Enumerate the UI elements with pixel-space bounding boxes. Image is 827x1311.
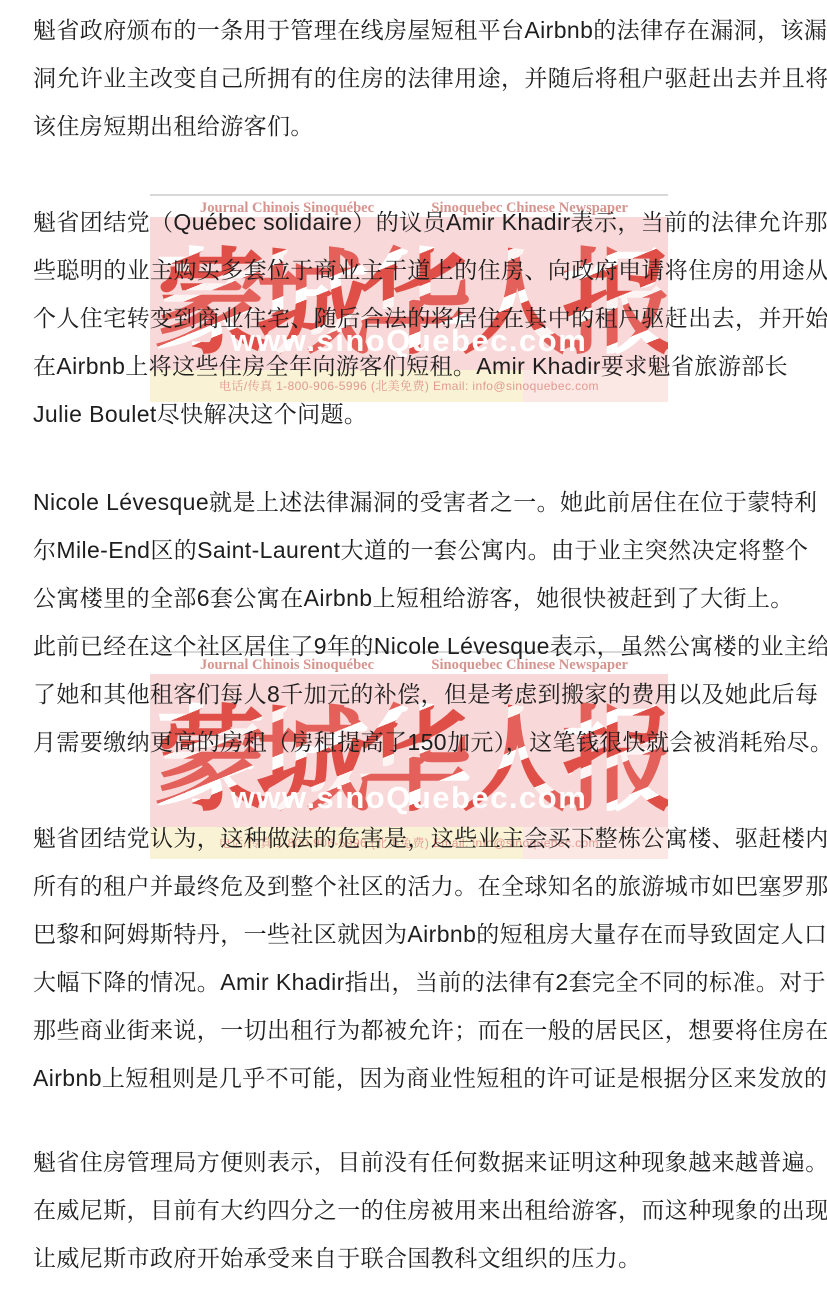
article-body: 魁省政府颁布的一条用于管理在线房屋短租平台Airbnb的法律存在漏洞，该漏洞允许… [0, 0, 827, 1282]
article-line: 大幅下降的情况。Amir Khadir指出，当前的法律有2套完全不同的标准。对于 [33, 958, 807, 1006]
paragraph: 魁省团结党认为，这种做法的危害是，这些业主会买下整栋公寓楼、驱赶楼内所有的租户并… [33, 814, 807, 1102]
article-line: 该住房短期出租给游客们。 [33, 102, 807, 150]
article-line: 个人住宅转变到商业住宅、随后合法的将居住在其中的租户驱赶出去，并开始 [33, 294, 807, 342]
article-line: 魁省团结党（Québec solidaire）的议员Amir Khadir表示，… [33, 198, 807, 246]
article-line: Julie Boulet尽快解决这个问题。 [33, 390, 807, 438]
article-line: 魁省团结党认为，这种做法的危害是，这些业主会买下整栋公寓楼、驱赶楼内 [33, 814, 807, 862]
paragraph: 魁省住房管理局方便则表示，目前没有任何数据来证明这种现象越来越普遍。在威尼斯，目… [33, 1138, 807, 1282]
article-line: 此前已经在这个社区居住了9年的Nicole Lévesque表示，虽然公寓楼的业… [33, 622, 807, 670]
paragraph: Nicole Lévesque就是上述法律漏洞的受害者之一。她此前居住在位于蒙特… [33, 478, 807, 766]
article-line: Airbnb上短租则是几乎不可能，因为商业性短租的许可证是根据分区来发放的。 [33, 1054, 807, 1102]
article-line: 尔Mile-End区的Saint-Laurent大道的一套公寓内。由于业主突然决… [33, 526, 807, 574]
article-line: 魁省政府颁布的一条用于管理在线房屋短租平台Airbnb的法律存在漏洞，该漏 [33, 6, 807, 54]
article-line: 在Airbnb上将这些住房全年向游客们短租。Amir Khadir要求魁省旅游部… [33, 342, 807, 390]
article-line: 所有的租户并最终危及到整个社区的活力。在全球知名的旅游城市如巴塞罗那、 [33, 862, 807, 910]
article-line: 魁省住房管理局方便则表示，目前没有任何数据来证明这种现象越来越普遍。 [33, 1138, 807, 1186]
article-line: 在威尼斯，目前有大约四分之一的住房被用来出租给游客，而这种现象的出现 [33, 1186, 807, 1234]
article-line: Nicole Lévesque就是上述法律漏洞的受害者之一。她此前居住在位于蒙特… [33, 478, 807, 526]
article-line: 了她和其他租客们每人8千加元的补偿，但是考虑到搬家的费用以及她此后每 [33, 670, 807, 718]
article-line: 让威尼斯市政府开始承受来自于联合国教科文组织的压力。 [33, 1234, 807, 1282]
article-line: 洞允许业主改变自己所拥有的住房的法律用途，并随后将租户驱赶出去并且将 [33, 54, 807, 102]
article-line: 些聪明的业主购买多套位于商业主干道上的住房、向政府申请将住房的用途从 [33, 246, 807, 294]
article-line: 巴黎和阿姆斯特丹，一些社区就因为Airbnb的短租房大量存在而导致固定人口 [33, 910, 807, 958]
article-line: 月需要缴纳更高的房租（房租提高了150加元），这笔钱很快就会被消耗殆尽。 [33, 718, 807, 766]
paragraph: 魁省政府颁布的一条用于管理在线房屋短租平台Airbnb的法律存在漏洞，该漏洞允许… [33, 6, 807, 150]
article-page: Journal Chinois Sinoquébec Sinoquebec Ch… [0, 0, 827, 1311]
article-line: 那些商业街来说，一切出租行为都被允许；而在一般的居民区，想要将住房在 [33, 1006, 807, 1054]
paragraph: 魁省团结党（Québec solidaire）的议员Amir Khadir表示，… [33, 198, 807, 438]
article-line: 公寓楼里的全部6套公寓在Airbnb上短租给游客，她很快被赶到了大街上。 [33, 574, 807, 622]
